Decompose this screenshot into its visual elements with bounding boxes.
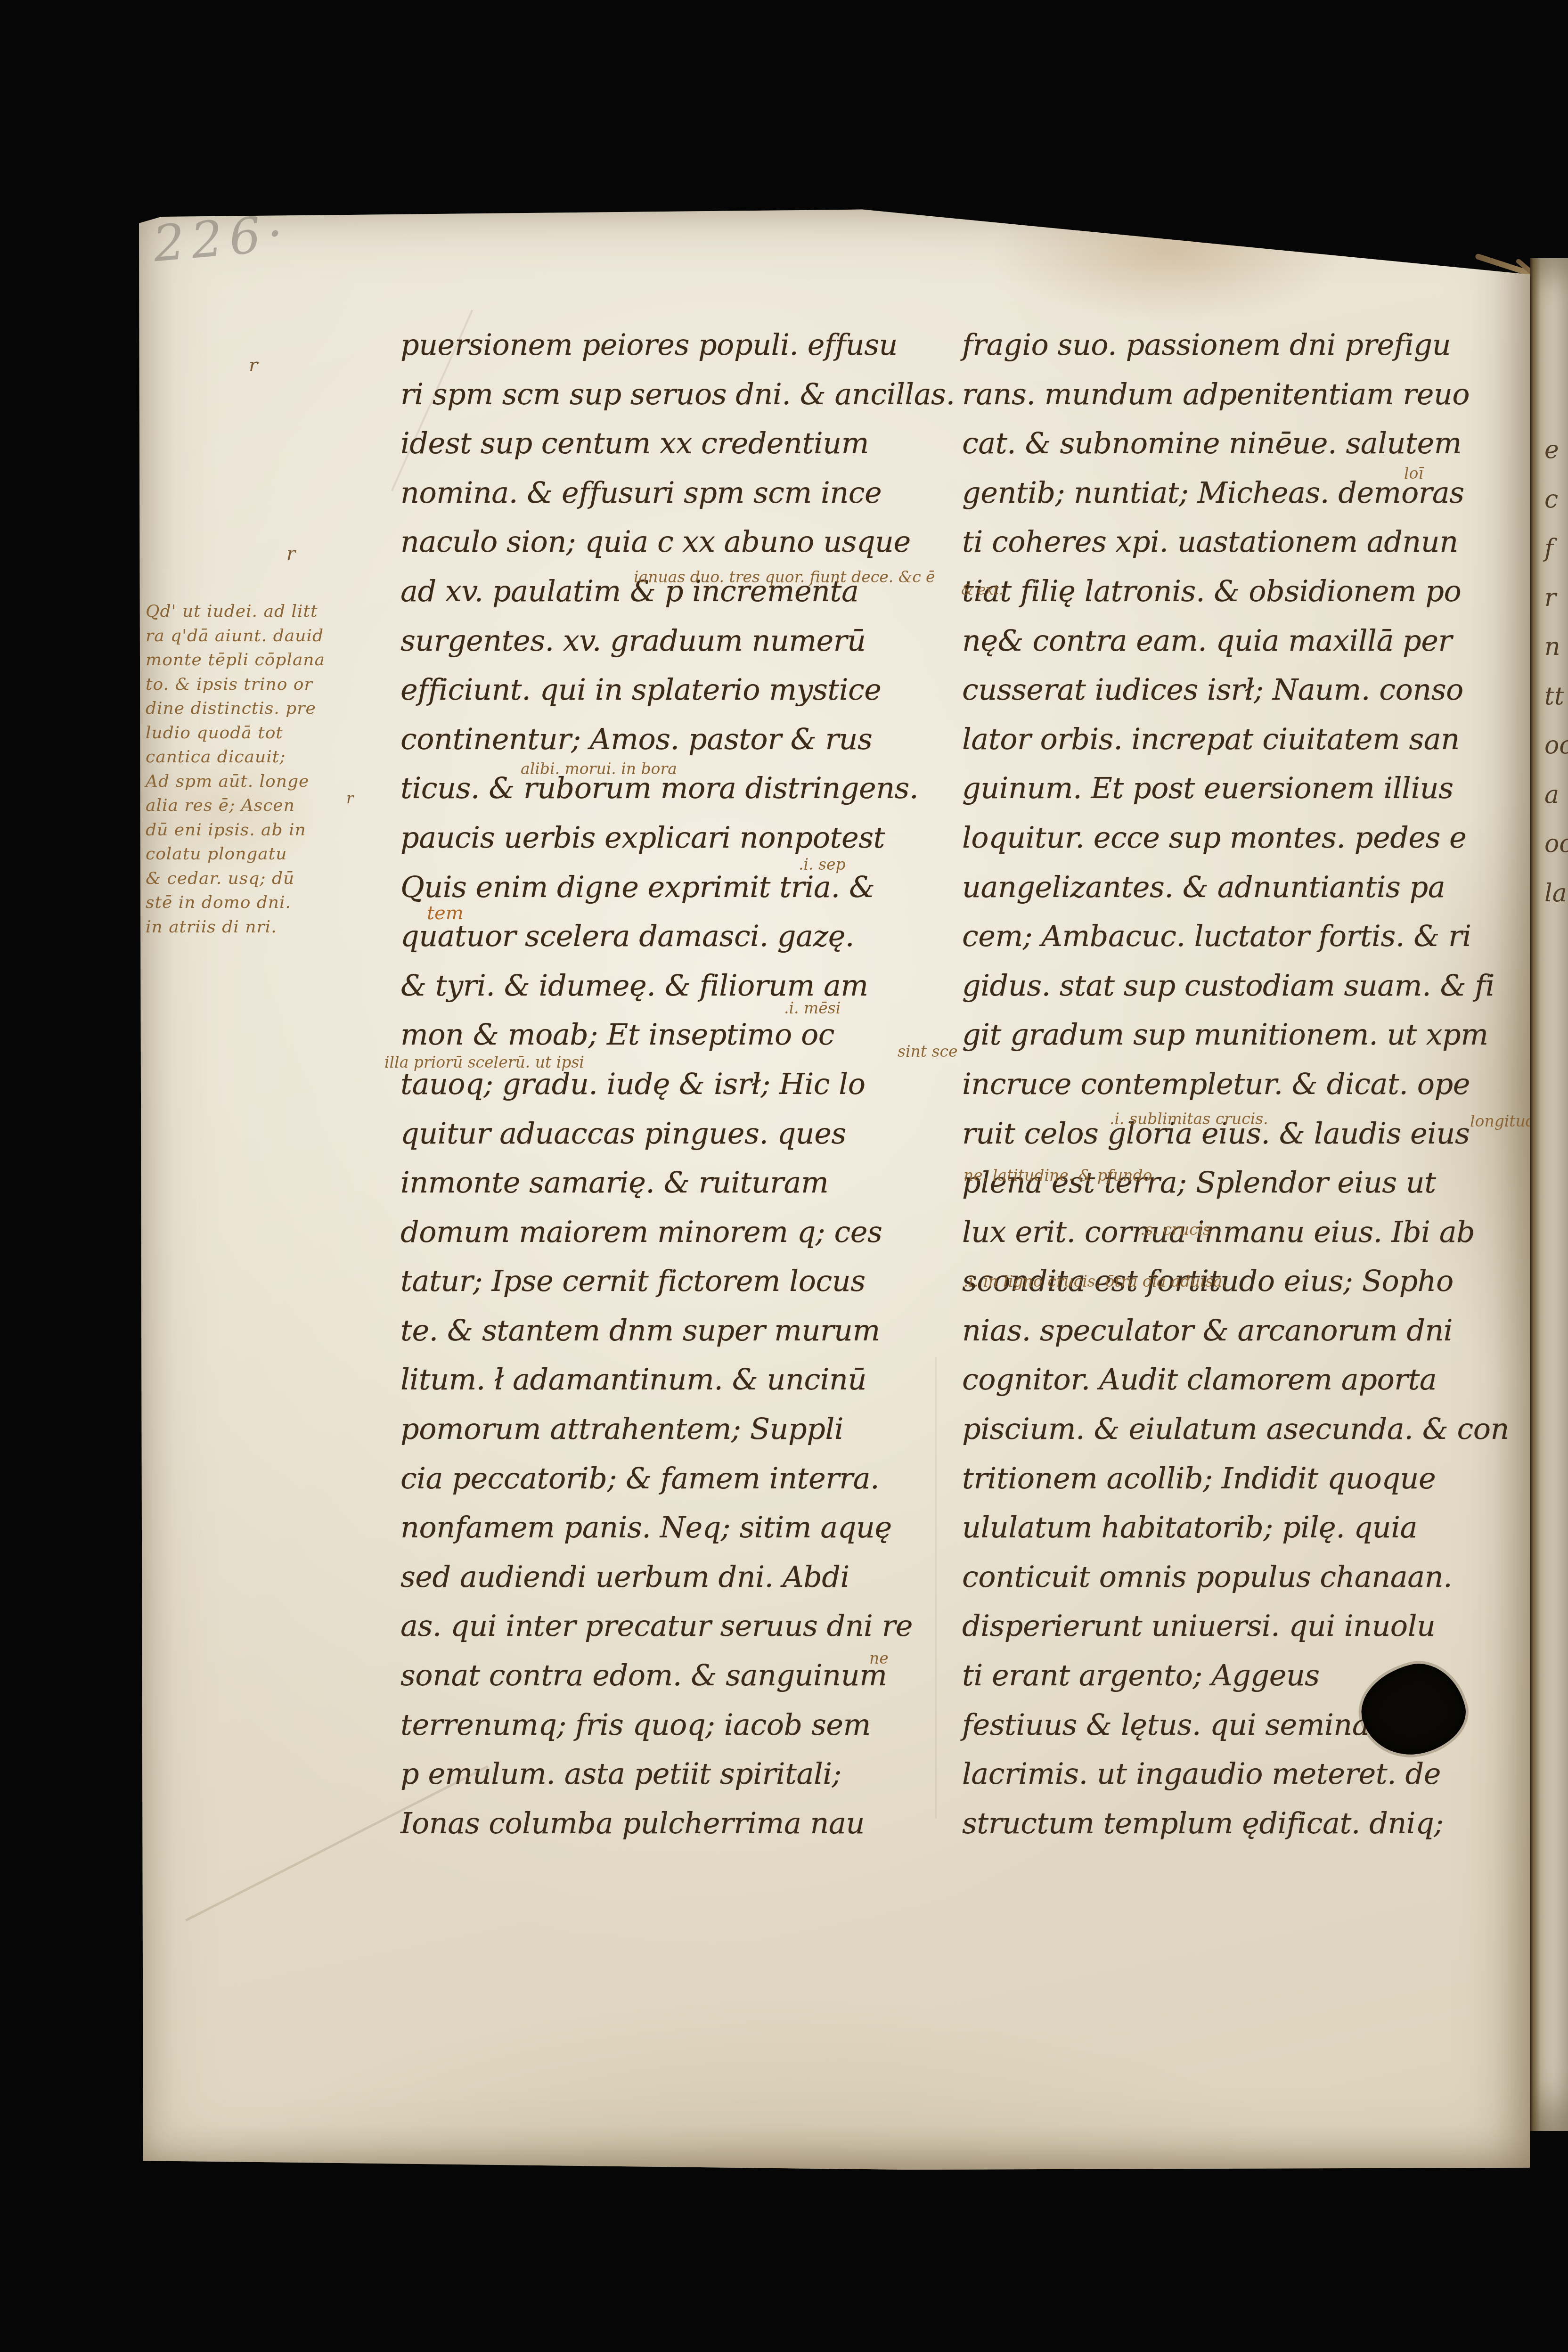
column2-line: cat. & subnomine ninēue. salutem (962, 419, 1549, 468)
interlinear-gloss: ianuas duo. tres quor. fiunt dece. &c ē (634, 568, 935, 586)
parchment-crease (935, 1357, 937, 1819)
column1-line: cia peccatorib; & famem interra. (400, 1454, 964, 1503)
rubric-gloss: tem (427, 902, 464, 924)
text-column-1: puersionem peiores populi. effusuri spm … (400, 320, 964, 1848)
edge-letter: oc (1544, 819, 1568, 869)
column2-line: gidus. stat sup custodiam suam. & fi (962, 961, 1549, 1011)
column2-line: ululatum habitatorib; pilę. quia (962, 1503, 1549, 1552)
interlinear-gloss: .s. crucis (1140, 1220, 1211, 1239)
column1-line: idest sup centum xx credentium (400, 419, 964, 468)
manuscript-photo: 226· r r r Qd' ut iudei. ad littra q'dā … (0, 0, 1568, 2352)
column1-line: mon & moab; Et inseptimo oc (400, 1010, 964, 1060)
column2-line: tritionem acollib; Indidit quoque (962, 1454, 1549, 1503)
column2-line: guinum. Et post euersionem illius (962, 764, 1549, 813)
column2-line: lator orbis. increpat ciuitatem san (962, 715, 1549, 764)
column1-line: puersionem peiores populi. effusu (400, 320, 964, 370)
pencil-folio-number: 226· (151, 204, 292, 273)
column1-line: nonfamem panis. Neq; sitim aquę (400, 1503, 964, 1552)
interlinear-gloss: alibi. morui. in bora (521, 759, 677, 778)
column1-line: terrenumq; fris quoq; iacob sem (400, 1700, 964, 1750)
column2-line: lacrimis. ut ingaudio meteret. de (962, 1749, 1549, 1799)
column2-line: cognitor. Audit clamorem aporta (962, 1355, 1549, 1405)
column1-line: surgentes. xv. graduum numerū (400, 616, 964, 666)
column2-line: fragio suo. passionem dni prefigu (962, 320, 1549, 370)
column2-line: git gradum sup munitionem. ut xpm (962, 1010, 1549, 1060)
column1-line: tatur; Ipse cernit fictorem locus (400, 1257, 964, 1306)
column1-line: inmonte samarię. & ruituram (400, 1158, 964, 1208)
margin-gloss-line: dū eni ipsis. ab in (146, 818, 391, 842)
interlinear-gloss: illa priorū scelerū. ut ipsi (384, 1053, 584, 1071)
next-folio-partial-text: ecfrnttocaocla (1544, 425, 1568, 918)
column2-line: conticuit omnis populus chanaan. (962, 1552, 1549, 1602)
margin-gloss-line: monte tēpli cōplana (146, 648, 391, 672)
column1-line: & tyri. & idumeę. & filiorum am (400, 961, 964, 1011)
margin-gloss-line: Ad spm aūt. longe (146, 769, 391, 794)
column2-line: ti erant argento; Aggeus (962, 1651, 1549, 1700)
correction-mark: r (286, 543, 295, 564)
edge-letter: la (1544, 869, 1568, 918)
margin-gloss-line: to. & ipsis trino or (146, 672, 391, 697)
edge-letter: oc (1544, 721, 1568, 770)
column1-line: continentur; Amos. pastor & rus (400, 715, 964, 764)
edge-letter: c (1544, 475, 1568, 524)
column1-line: nomina. & effusuri spm scm ince (400, 468, 964, 518)
column2-line: disperierunt uniuersi. qui inuolu (962, 1601, 1549, 1651)
margin-gloss-line: alia res ē; Ascen (146, 793, 391, 818)
margin-gloss-line: in atriis di nri. (146, 915, 391, 939)
edge-letter: a (1544, 770, 1568, 820)
marginal-gloss: & ext. (961, 582, 1003, 598)
margin-gloss-line: ra q'dā aiunt. dauid (146, 624, 391, 648)
column1-line: p emulum. asta petiit spiritali; (400, 1749, 964, 1799)
column2-line: cem; Ambacuc. luctator fortis. & ri (962, 912, 1549, 961)
column2-line: loquitur. ecce sup montes. pedes e (962, 813, 1549, 863)
column2-line: rans. mundum adpenitentiam reuo (962, 370, 1549, 419)
interlinear-gloss: .i. sublimitas crucis. (1110, 1110, 1268, 1128)
column2-line: piscium. & eiulatum asecunda. & con (962, 1405, 1549, 1454)
column2-line: nias. speculator & arcanorum dni (962, 1306, 1549, 1356)
column1-line: ticus. & ruborum mora distringens. (400, 764, 964, 813)
column1-line: quatuor scelera damasci. gazę. (400, 912, 964, 961)
next-folio-edge: ecfrnttocaocla (1530, 258, 1568, 2131)
interlinear-gloss: ne (869, 1649, 889, 1667)
edge-letter: r (1544, 573, 1568, 623)
margin-gloss-line: cantica dicauit; (146, 745, 391, 769)
column1-line: as. qui inter precatur seruus dni re (400, 1601, 964, 1651)
column2-line: structum templum ędificat. dniq; (962, 1799, 1549, 1848)
column1-line: ri spm scm sup seruos dni. & ancillas. (400, 370, 964, 419)
column1-line: domum maiorem minorem q; ces (400, 1208, 964, 1257)
column1-line: Ionas columba pulcherrima nau (400, 1799, 964, 1848)
column2-line: tiat filię latronis. & obsidionem po (962, 567, 1549, 616)
column1-line: sed audiendi uerbum dni. Abdi (400, 1552, 964, 1602)
column1-line: quitur aduaccas pingues. ques (400, 1109, 964, 1159)
column2-line: incruce contempletur. & dicat. ope (962, 1060, 1549, 1109)
margin-gloss-line: & cedar. usq; dū (146, 866, 391, 891)
column1-line: pomorum attrahentem; Suppli (400, 1405, 964, 1454)
left-margin-gloss: Qd' ut iudei. ad littra q'dā aiunt. daui… (146, 599, 391, 939)
column1-line: Quis enim digne exprimit tria. & (400, 863, 964, 912)
interlinear-gloss: .i. mēsi (784, 999, 841, 1017)
margin-gloss-line: ludio quodā tot (146, 721, 391, 745)
column1-line: naculo sion; quia c xx abuno usque (400, 517, 964, 567)
edge-letter: n (1544, 622, 1568, 672)
interlinear-gloss: ne. latitudine. & pfundo. (964, 1166, 1157, 1184)
margin-gloss-line: stē in domo dni. (146, 890, 391, 915)
edge-letter: tt (1544, 672, 1568, 721)
column1-line: efficiunt. qui in splaterio mystice (400, 665, 964, 715)
correction-mark: r (249, 354, 258, 376)
parchment-page: 226· r r r Qd' ut iudei. ad littra q'dā … (139, 203, 1530, 2170)
column2-line: uangelizantes. & adnuntiantis pa (962, 863, 1549, 912)
column1-line: te. & stantem dnm super murum (400, 1306, 964, 1356)
column2-line: ti coheres xpi. uastationem adnun (962, 517, 1549, 567)
column2-line: lux erit. cornua inmanu eius. Ibi ab (962, 1208, 1549, 1257)
text-column-2: fragio suo. passionem dni prefigurans. m… (962, 320, 1549, 1848)
margin-gloss-line: Qd' ut iudei. ad litt (146, 599, 391, 624)
edge-letter: f (1544, 524, 1568, 573)
interlinear-gloss: .i. in ligno crucis. ōtra oīa aduisa. (964, 1272, 1227, 1290)
interlinear-gloss: sint sce (898, 1042, 957, 1061)
margin-gloss-line: colatu plongatu (146, 842, 391, 866)
column2-line: nę& contra eam. quia maxillā per (962, 616, 1549, 666)
interlinear-gloss: loī (1404, 464, 1423, 482)
column2-line: gentib; nuntiat; Micheas. demoras (962, 468, 1549, 518)
column2-line: cusserat iudices isrł; Naum. conso (962, 665, 1549, 715)
edge-letter: e (1544, 425, 1568, 475)
interlinear-gloss: .i. sep (799, 855, 846, 874)
column1-line: paucis uerbis explicari nonpotest (400, 813, 964, 863)
column1-line: litum. ł adamantinum. & uncinū (400, 1355, 964, 1405)
margin-gloss-line: dine distinctis. pre (146, 696, 391, 721)
